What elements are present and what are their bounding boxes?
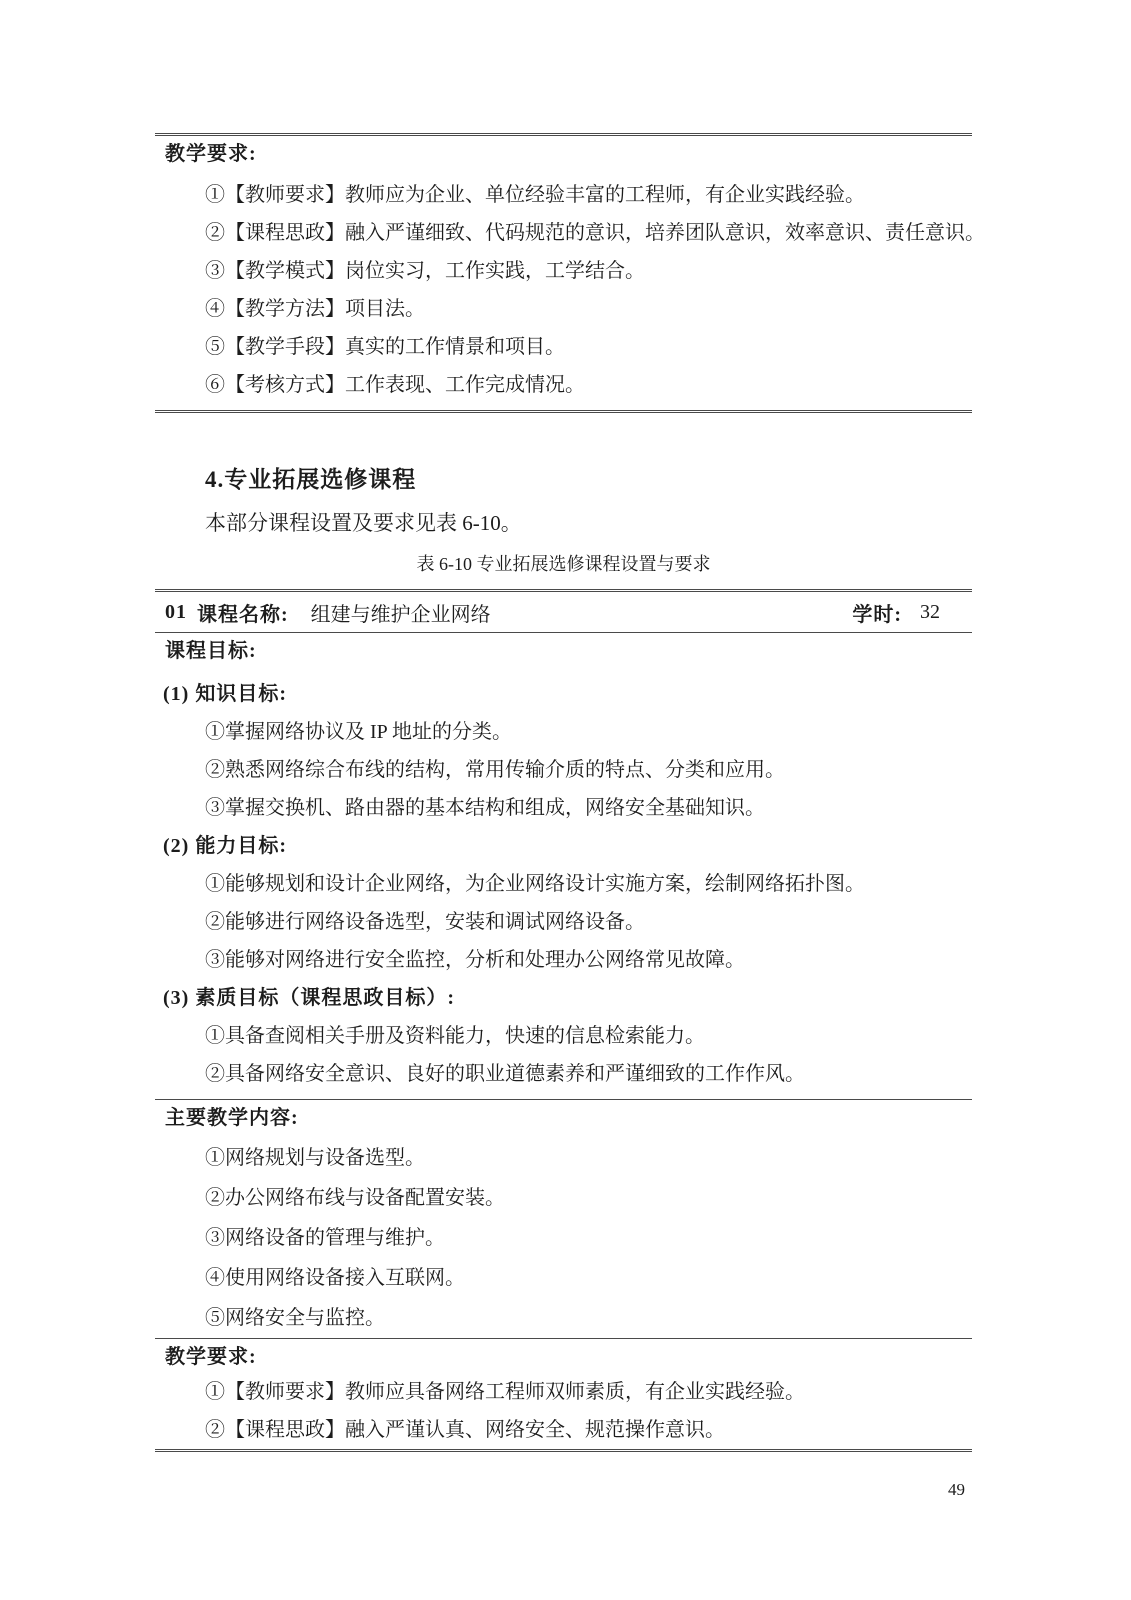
- list-item: ②具备网络安全意识、良好的职业道德素养和严谨细致的工作作风。: [155, 1055, 972, 1093]
- list-item: ②【课程思政】融入严谨认真、网络安全、规范操作意识。: [155, 1411, 972, 1449]
- list-item: ⑤网络安全与监控。: [155, 1298, 972, 1338]
- course-objectives-header: 课程目标:: [155, 638, 972, 665]
- list-item: ②熟悉网络综合布线的结构，常用传输介质的特点、分类和应用。: [155, 751, 972, 789]
- list-item: ③网络设备的管理与维护。: [155, 1218, 972, 1258]
- hours-label: 学时:: [852, 598, 902, 627]
- list-item: ⑥【考核方式】工作表现、工作完成情况。: [155, 366, 972, 404]
- list-item: ①掌握网络协议及 IP 地址的分类。: [155, 713, 972, 751]
- list-item: ①【教师要求】教师应为企业、单位经验丰富的工程师，有企业实践经验。: [155, 176, 972, 214]
- row-divider: [155, 632, 972, 633]
- course-objectives-list: (1) 知识目标: ①掌握网络协议及 IP 地址的分类。 ②熟悉网络综合布线的结…: [155, 675, 972, 1093]
- list-item: ④使用网络设备接入互联网。: [155, 1258, 972, 1298]
- list-item: ③能够对网络进行安全监控，分析和处理办公网络常见故障。: [155, 941, 972, 979]
- page-number: 49: [948, 1480, 965, 1500]
- hours-value: 32: [920, 601, 940, 624]
- section-heading: 4.专业拓展选修课程: [205, 465, 972, 495]
- list-item: ④【教学方法】项目法。: [155, 290, 972, 328]
- course-name: 组建与维护企业网络: [311, 598, 491, 627]
- table-bottom-double-border: [155, 410, 972, 413]
- page-content: 教学要求: ①【教师要求】教师应为企业、单位经验丰富的工程师，有企业实践经验。 …: [155, 0, 972, 1452]
- course-table: 01 课程名称: 组建与维护企业网络 学时: 32 课程目标: (1) 知识目标…: [155, 589, 972, 1452]
- list-item: ③掌握交换机、路由器的基本结构和组成，网络安全基础知识。: [155, 789, 972, 827]
- course-number: 01: [165, 601, 187, 624]
- list-item: ②能够进行网络设备选型，安装和调试网络设备。: [155, 903, 972, 941]
- teaching-requirements-header: 教学要求:: [155, 1344, 972, 1371]
- course-name-label: 课程名称:: [197, 598, 289, 627]
- row-divider: [155, 1338, 972, 1339]
- list-item: ②办公网络布线与设备配置安装。: [155, 1178, 972, 1218]
- objective-group-title: (3) 素质目标（课程思政目标）:: [155, 979, 972, 1017]
- course-header-row: 01 课程名称: 组建与维护企业网络 学时: 32: [155, 592, 972, 632]
- table-caption: 表 6-10 专业拓展选修课程设置与要求: [155, 551, 972, 577]
- objective-group-title: (1) 知识目标:: [155, 675, 972, 713]
- objective-group-title: (2) 能力目标:: [155, 827, 972, 865]
- list-item: ①【教师要求】教师应具备网络工程师双师素质，有企业实践经验。: [155, 1373, 972, 1411]
- teaching-requirements-header: 教学要求:: [155, 141, 972, 168]
- list-item: ③【教学模式】岗位实习，工作实践，工学结合。: [155, 252, 972, 290]
- teaching-content-list: ①网络规划与设备选型。 ②办公网络布线与设备配置安装。 ③网络设备的管理与维护。…: [155, 1138, 972, 1338]
- document-page: 教学要求: ①【教师要求】教师应为企业、单位经验丰富的工程师，有企业实践经验。 …: [0, 0, 1131, 1600]
- teaching-requirements-list: ①【教师要求】教师应具备网络工程师双师素质，有企业实践经验。 ②【课程思政】融入…: [155, 1373, 972, 1449]
- table-top-double-border: [155, 133, 972, 136]
- row-divider: [155, 1099, 972, 1100]
- intro-paragraph: 本部分课程设置及要求见表 6-10。: [205, 508, 972, 538]
- teaching-requirements-list: ①【教师要求】教师应为企业、单位经验丰富的工程师，有企业实践经验。 ②【课程思政…: [155, 176, 972, 404]
- list-item: ①网络规划与设备选型。: [155, 1138, 972, 1178]
- teaching-content-header: 主要教学内容:: [155, 1105, 972, 1132]
- list-item: ①具备查阅相关手册及资料能力，快速的信息检索能力。: [155, 1017, 972, 1055]
- list-item: ⑤【教学手段】真实的工作情景和项目。: [155, 328, 972, 366]
- table-bottom-double-border: [155, 1449, 972, 1452]
- teaching-requirements-table-fragment: 教学要求: ①【教师要求】教师应为企业、单位经验丰富的工程师，有企业实践经验。 …: [155, 133, 972, 413]
- list-item: ②【课程思政】融入严谨细致、代码规范的意识，培养团队意识，效率意识、责任意识。: [155, 214, 972, 252]
- list-item: ①能够规划和设计企业网络，为企业网络设计实施方案，绘制网络拓扑图。: [155, 865, 972, 903]
